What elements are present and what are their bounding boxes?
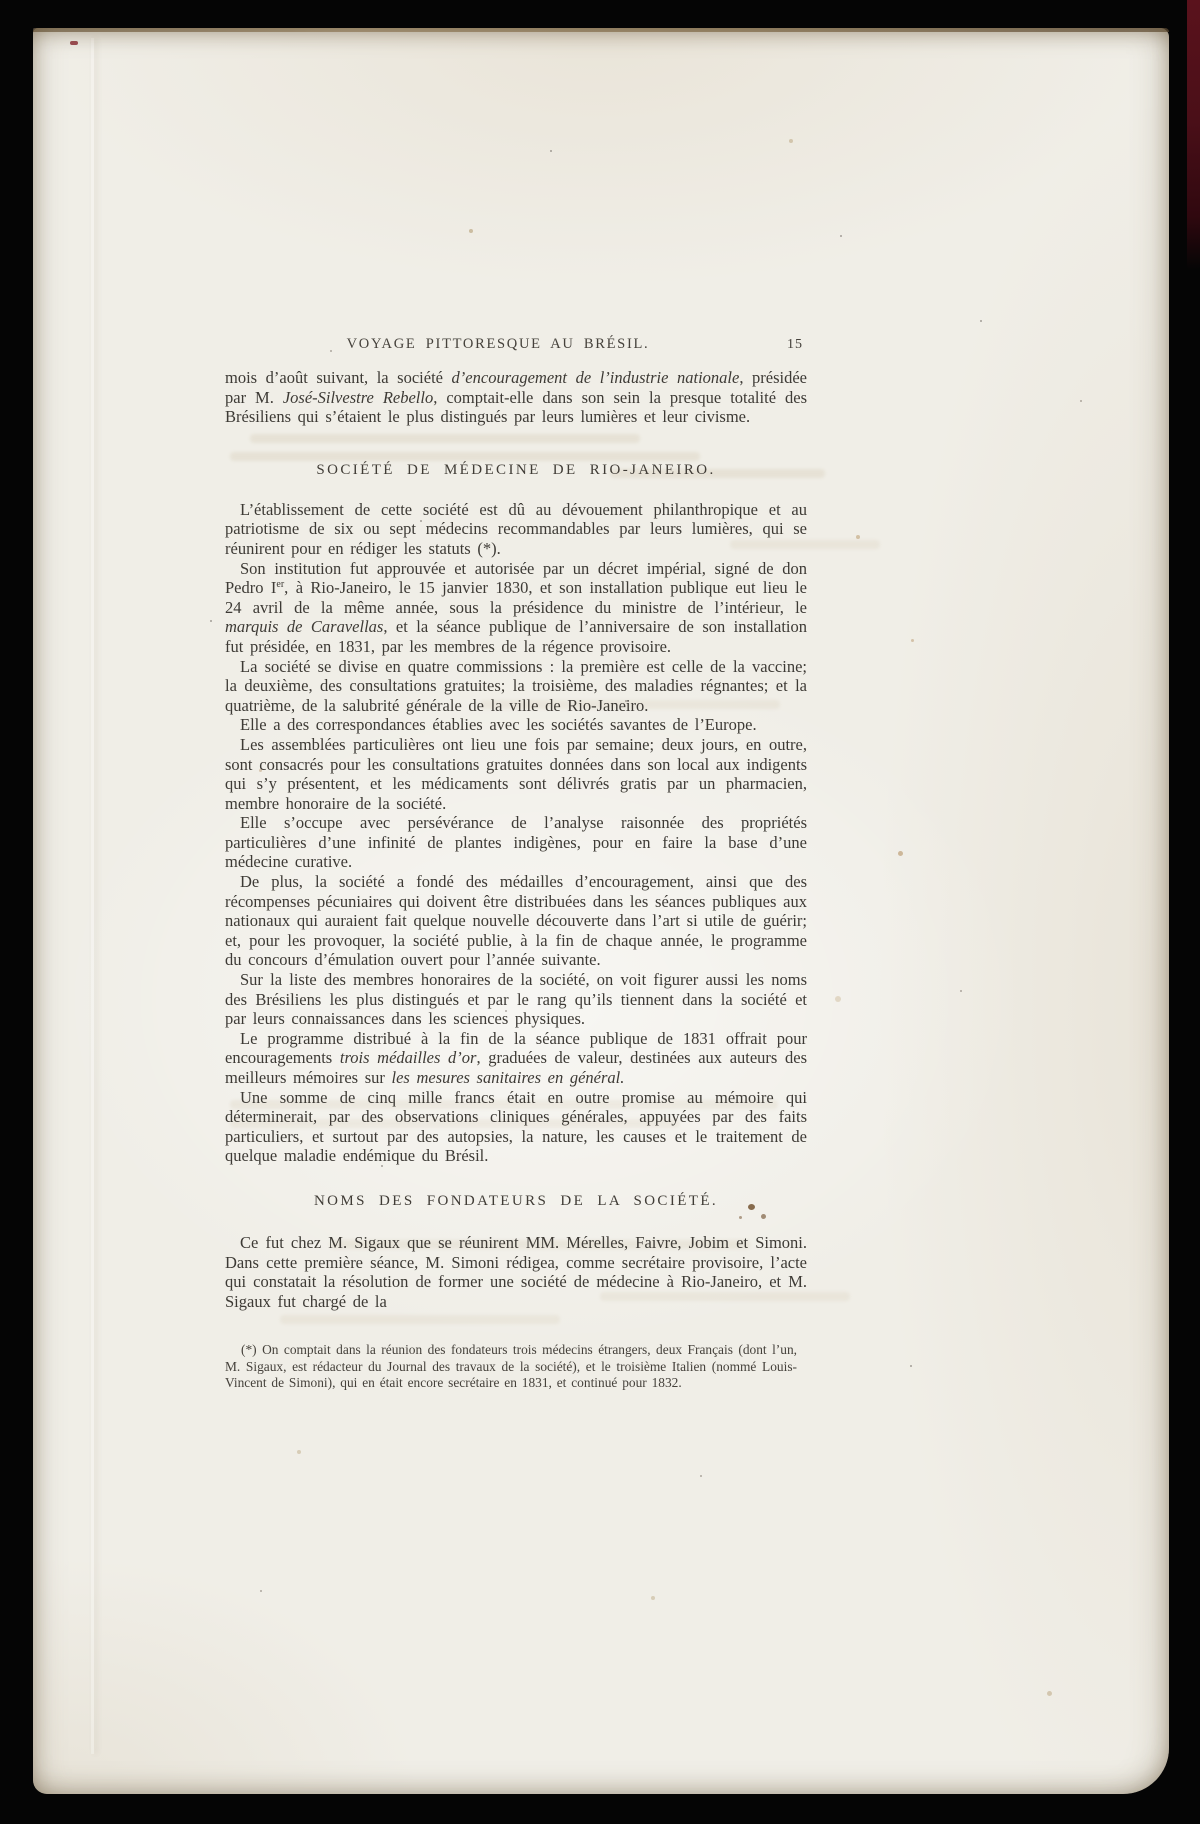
- paragraph: Elle a des correspondances établies avec…: [225, 715, 807, 735]
- section-heading-fondateurs: NOMS DES FONDATEURS DE LA SOCIÉTÉ.: [225, 1193, 807, 1210]
- paragraph: Elle s’occupe avec persévérance de l’ana…: [225, 813, 807, 872]
- stain-spot: [856, 535, 860, 539]
- paragraph: La société se divise en quatre commissio…: [225, 657, 807, 716]
- paragraph: Son institution fut approuvée et autoris…: [225, 559, 807, 657]
- stain-spot: [297, 1450, 301, 1454]
- text-block: VOYAGE PITTORESQUE AU BRÉSIL. 15 mois d’…: [225, 336, 807, 1391]
- page-edge-highlight: [91, 38, 94, 1754]
- running-header-row: VOYAGE PITTORESQUE AU BRÉSIL. 15: [225, 336, 807, 355]
- section-heading-societe: SOCIÉTÉ DE MÉDECINE DE RIO-JANEIRO.: [225, 462, 807, 479]
- running-header-title: VOYAGE PITTORESQUE AU BRÉSIL.: [225, 336, 771, 353]
- page-number: 15: [787, 337, 803, 353]
- photographed-book-page: VOYAGE PITTORESQUE AU BRÉSIL. 15 mois d’…: [0, 0, 1200, 1824]
- stain-spot: [469, 229, 473, 233]
- paragraph: Ce fut chez M. Sigaux que se réunirent M…: [225, 1233, 807, 1311]
- dust-specks: [33, 28, 35, 30]
- paragraph: L’établissement de cette société est dû …: [225, 500, 807, 559]
- stain-spot: [911, 639, 914, 642]
- paragraph: Sur la liste des membres honoraires de l…: [225, 970, 807, 1029]
- footnote: (*) On comptait dans la réunion des fond…: [225, 1342, 797, 1391]
- red-mark: [70, 41, 78, 45]
- paragraph: Une somme de cinq mille francs était en …: [225, 1088, 807, 1166]
- paragraph-continuation: mois d’août suivant, la société d’encour…: [225, 368, 807, 427]
- stain-spot: [1047, 1691, 1052, 1696]
- stain-spot: [835, 996, 841, 1002]
- paragraph: De plus, la société a fondé des médaille…: [225, 872, 807, 970]
- stain-spot: [651, 1596, 655, 1600]
- paragraph: Le programme distribué à la fin de la sé…: [225, 1029, 807, 1088]
- book-page: VOYAGE PITTORESQUE AU BRÉSIL. 15 mois d’…: [33, 28, 1169, 1794]
- book-cover-edge: [1187, 0, 1200, 270]
- stain-spot: [789, 139, 793, 143]
- paragraph: Les assemblées particulières ont lieu un…: [225, 735, 807, 813]
- stain-spot: [898, 851, 903, 856]
